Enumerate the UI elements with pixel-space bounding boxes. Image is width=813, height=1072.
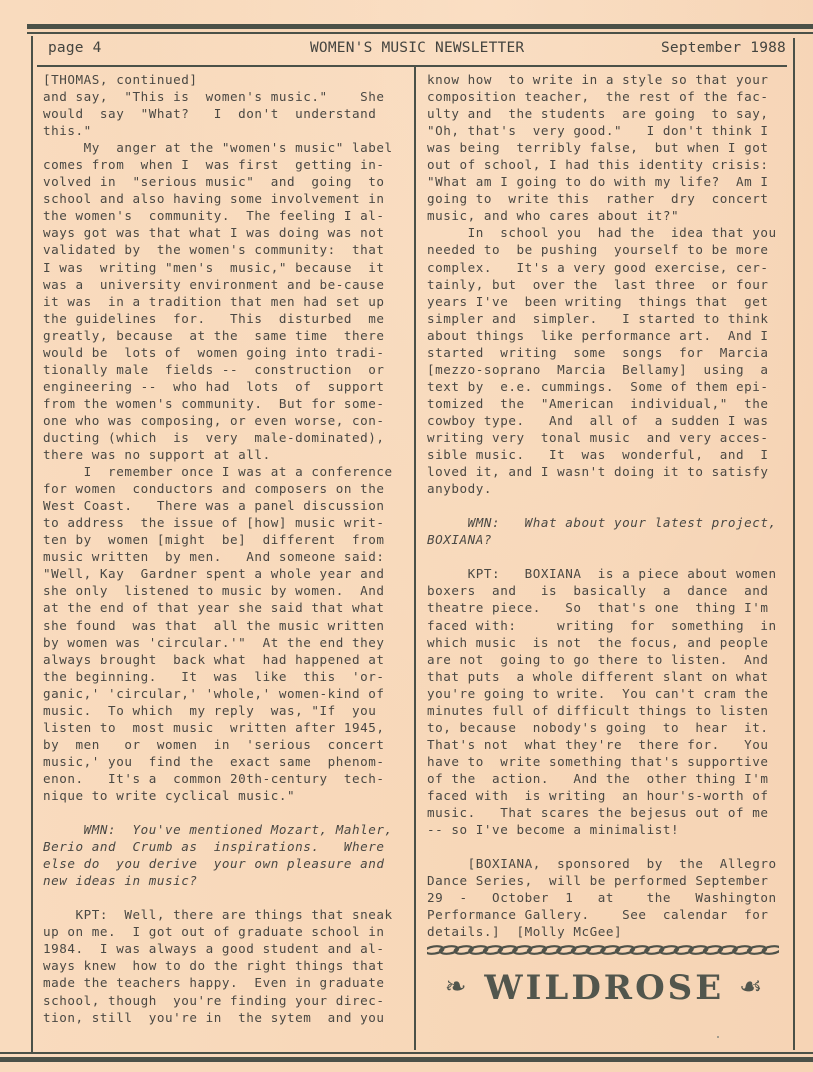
text-line: ten by women [might be] different from [43,531,409,548]
text-line: music written by men. And someone said: [43,548,409,565]
text-line: it was in a tradition that men had set u… [43,293,409,310]
blank-line [427,838,783,855]
text-line: West Coast. There was a panel discussion [43,497,409,514]
text-line: about things like performance art. And I [427,327,783,344]
text-line: engineering -- who had lots of support [43,378,409,395]
text-line: the beginning. It was like this 'or- [43,668,409,685]
text-line: [mezzo-soprano Marcia Bellamy] using a [427,361,783,378]
text-line: tionally male fields -- construction or [43,361,409,378]
top-double-rule [27,24,813,34]
text-line: cowboy type. And all of a sudden I was [427,412,783,429]
text-line: she found was that all the music written [43,617,409,634]
text-line: In school you had the idea that you [427,224,783,241]
text-line: and say, "This is women's music." She [43,88,409,105]
text-line: "Well, Kay Gardner spent a whole year an… [43,565,409,582]
frame-left-border [31,36,33,1052]
text-line: have to write something that's supportiv… [427,753,783,770]
text-line: Performance Gallery. See calendar for [427,906,783,923]
text-line: of the action. And the other thing I'm [427,770,783,787]
text-line: WMN: What about your latest project, [427,514,783,531]
text-line: [THOMAS, continued] [43,71,409,88]
paper-speck [717,1036,719,1038]
text-line: validated by the women's community: that [43,241,409,258]
text-line: complex. It's a very good exercise, cer- [427,259,783,276]
text-line: loved it, and I wasn't doing it to satis… [427,463,783,480]
text-line: "Oh, that's very good." I don't think I [427,122,783,139]
text-line: at the end of that year she said that wh… [43,599,409,616]
header-rule [37,65,787,67]
text-line: "What am I going to do with my life? Am … [427,173,783,190]
text-line: enon. It's a common 20th-century tech- [43,770,409,787]
text-line: tomized the "American individual," the [427,395,783,412]
text-line: My anger at the "women's music" label [43,139,409,156]
text-line: writing very tonal music and very acces- [427,429,783,446]
bottom-double-rule [0,1052,813,1062]
blank-line [43,804,409,821]
text-line: from the women's community. But for some… [43,395,409,412]
text-line: 1984. I was always a good student and al… [43,940,409,957]
text-line: the women's community. The feeling I al- [43,207,409,224]
text-line: simpler and simpler. I started to think [427,310,783,327]
text-line: music. That scares the bejesus out of me [427,804,783,821]
right-column-text: know how to write in a style so that you… [427,71,783,940]
text-line: listen to most music written after 1945, [43,719,409,736]
text-line: tion, still you're in the sytem and you [43,1009,409,1026]
text-line: by men or women in 'serious concert [43,736,409,753]
logo-text: WILDROSE [484,968,724,1008]
text-line: school and also having some involvement … [43,190,409,207]
blank-line [427,497,783,514]
text-line: was a university environment and be-caus… [43,276,409,293]
text-line: volved in "serious music" and going to [43,173,409,190]
left-column-text: [THOMAS, continued]and say, "This is wom… [43,71,409,1026]
text-line: anybody. [427,480,783,497]
text-line: ducting (which is very male-dominated), [43,429,409,446]
text-line: school, though you're finding your direc… [43,992,409,1009]
text-line: else do you derive your own pleasure and [43,855,409,872]
text-line: would be lots of women going into tradi- [43,344,409,361]
text-line: would say "What? I don't understand [43,105,409,122]
page-number: page 4 [48,40,102,56]
text-line: for women conductors and composers on th… [43,480,409,497]
blank-line [427,548,783,565]
text-line: the guidelines for. This disturbed me [43,310,409,327]
issue-date: September 1988 [661,40,786,56]
text-line: going to write this rather dry concert [427,190,783,207]
text-line: music, and who cares about it?" [427,207,783,224]
text-line: sible music. It was wonderful, and I [427,446,783,463]
text-line: which music is not the focus, and people [427,634,783,651]
blank-line [43,889,409,906]
text-line: composition teacher, the rest of the fac… [427,88,783,105]
text-line: ways got was that what I was doing was n… [43,224,409,241]
text-line: music. To which my reply was, "If you [43,702,409,719]
text-line: ulty and the students are going to say, [427,105,783,122]
text-line: faced with is writing an hour's-worth of [427,787,783,804]
text-line: are not going to go there to listen. And [427,651,783,668]
text-line: this." [43,122,409,139]
text-line: Berio and Crumb as inspirations. Where [43,838,409,855]
text-line: one who was composing, or even worse, co… [43,412,409,429]
text-line: BOXIANA? [427,531,783,548]
text-line: KPT: Well, there are things that sneak [43,906,409,923]
text-line: music,' you find the exact same phenom- [43,753,409,770]
text-line: I remember once I was at a conference [43,463,409,480]
text-line: know how to write in a style so that you… [427,71,783,88]
text-line: to address the issue of [how] music writ… [43,514,409,531]
frame-right-border [793,38,795,1050]
text-line: ganic,' 'circular,' 'whole,' women-kind … [43,685,409,702]
text-line: needed to be pushing yourself to be more [427,241,783,258]
text-line: Dance Series, will be performed Septembe… [427,872,783,889]
text-line: there was no support at all. [43,446,409,463]
text-line: made the teachers happy. Even in graduat… [43,974,409,991]
text-line: boxers and is basically a dance and [427,582,783,599]
text-line: WMN: You've mentioned Mozart, Mahler, [43,821,409,838]
text-line: up on me. I got out of graduate school i… [43,923,409,940]
text-line: out of school, I had this identity crisi… [427,156,783,173]
text-line: new ideas in music? [43,872,409,889]
text-line: [BOXIANA, sponsored by the Allegro [427,855,783,872]
text-line: faced with: writing for something in [427,617,783,634]
text-line: I was writing "men's music," because it [43,259,409,276]
text-line: theatre piece. So that's one thing I'm [427,599,783,616]
text-line: text by e.e. cummings. Some of them epi- [427,378,783,395]
text-line: 29 - October 1 at the Washington [427,889,783,906]
column-divider [414,66,416,1050]
text-line: That's not what they're there for. You [427,736,783,753]
text-line: greatly, because at the same time there [43,327,409,344]
right-flourish-icon: ☙ [739,972,765,1002]
text-line: nique to write cyclical music." [43,787,409,804]
publication-title: WOMEN'S MUSIC NEWSLETTER [310,40,524,56]
text-line: was being terribly false, but when I got [427,139,783,156]
text-line: you're going to write. You can't cram th… [427,685,783,702]
text-line: she only listened to music by women. And [43,582,409,599]
text-line: started writing some songs for Marcia [427,344,783,361]
text-line: that puts a whole different slant on wha… [427,668,783,685]
text-line: -- so I've become a minimalist! [427,821,783,838]
text-line: always brought back what had happened at [43,651,409,668]
text-line: minutes full of difficult things to list… [427,702,783,719]
chain-divider-icon [427,943,779,957]
left-flourish-icon: ❧ [445,972,470,1002]
text-line: tainly, but over the last three or four [427,276,783,293]
text-line: KPT: BOXIANA is a piece about women [427,565,783,582]
text-line: years I've been writing things that get [427,293,783,310]
text-line: to, because nobody's going to hear it. [427,719,783,736]
text-line: details.] [Molly McGee] [427,923,783,940]
masthead: page 4 WOMEN'S MUSIC NEWSLETTER Septembe… [48,40,786,60]
text-line: comes from when I was first getting in- [43,156,409,173]
text-line: ways knew how to do the right things tha… [43,957,409,974]
wildrose-logo: ❧ WILDROSE ☙ [440,968,770,1018]
text-line: by women was 'circular.'" At the end the… [43,634,409,651]
